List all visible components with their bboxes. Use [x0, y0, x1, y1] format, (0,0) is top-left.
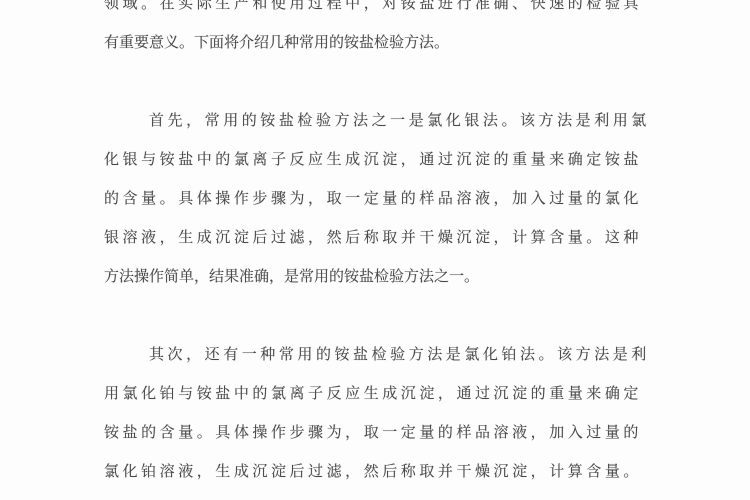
scanned-document-page: 领域。在实际生产和使用过程中，对铵盐进行准确、快速的检验具 有重要意义。下面将介…: [0, 0, 750, 500]
document-line: 方法操作简单，结果准确，是常用的铵盐检验方法之一。: [104, 257, 650, 296]
paragraph-2: 首先，常用的铵盐检验方法之一是氯化银法。该方法是利用氯 化银与铵盐中的氯离子反应…: [104, 101, 650, 296]
document-line: 用氯化铂与铵盐中的氯离子反应生成沉淀，通过沉淀的重量来确定: [104, 374, 650, 413]
document-line: 铵盐的含量。具体操作步骤为，取一定量的样品溶液，加入过量的: [104, 413, 650, 452]
document-line: 其次，还有一种常用的铵盐检验方法是氯化铂法。该方法是利: [104, 335, 650, 374]
document-line: 领域。在实际生产和使用过程中，对铵盐进行准确、快速的检验具: [104, 0, 650, 23]
document-line: 首先，常用的铵盐检验方法之一是氯化银法。该方法是利用氯: [104, 101, 650, 140]
document-line: 氯化铂溶液，生成沉淀后过滤，然后称取并干燥沉淀，计算含量。: [104, 452, 650, 491]
document-line: 有重要意义。下面将介绍几种常用的铵盐检验方法。: [104, 23, 650, 62]
document-line: 的含量。具体操作步骤为，取一定量的样品溶液，加入过量的氯化: [104, 179, 650, 218]
document-line: 银溶液，生成沉淀后过滤，然后称取并干燥沉淀，计算含量。这种: [104, 218, 650, 257]
paragraph-1: 领域。在实际生产和使用过程中，对铵盐进行准确、快速的检验具 有重要意义。下面将介…: [104, 0, 650, 62]
document-line: 化银与铵盐中的氯离子反应生成沉淀，通过沉淀的重量来确定铵盐: [104, 140, 650, 179]
paragraph-3: 其次，还有一种常用的铵盐检验方法是氯化铂法。该方法是利 用氯化铂与铵盐中的氯离子…: [104, 335, 650, 491]
document-text-block: 领域。在实际生产和使用过程中，对铵盐进行准确、快速的检验具 有重要意义。下面将介…: [104, 0, 650, 491]
